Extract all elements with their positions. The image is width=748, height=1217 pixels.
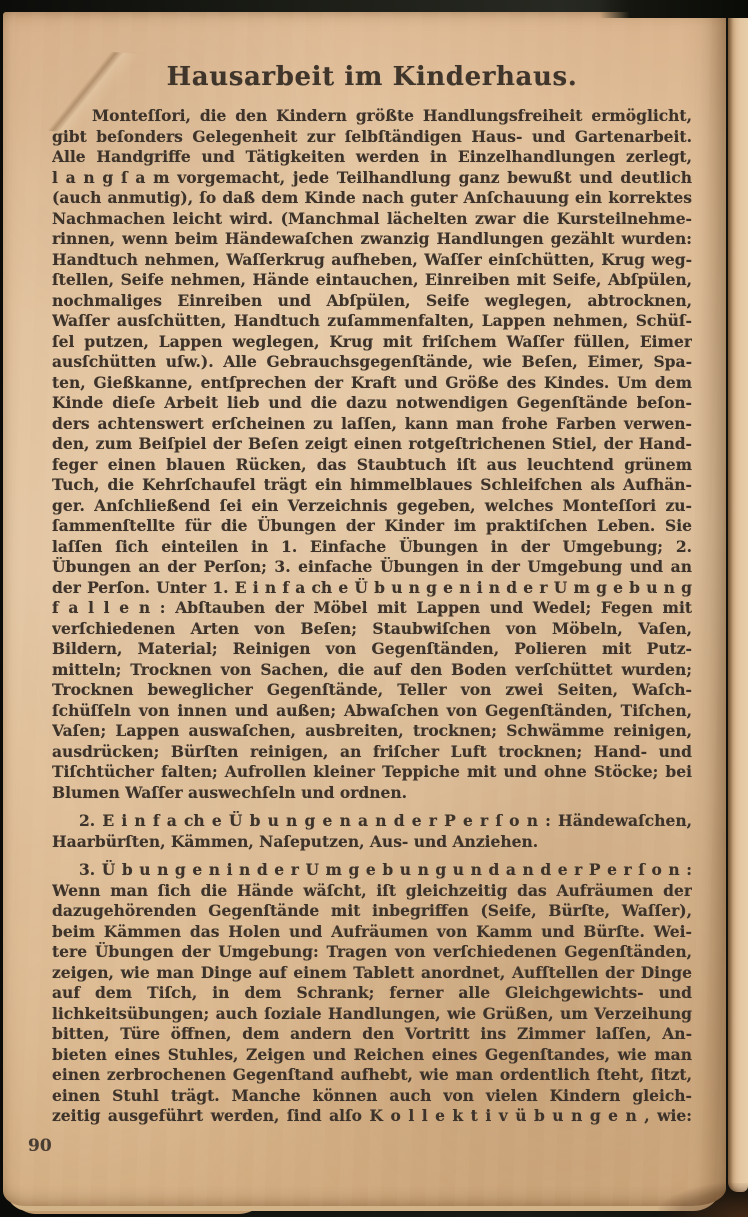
book-cover-bottom-corner <box>658 1183 748 1217</box>
text-line: bitten, Türe öffnen, dem andern den Vort… <box>52 1024 692 1045</box>
text-line: Handtuch nehmen, Waſſerkrug aufheben, Wa… <box>52 250 692 271</box>
text-line: ders achtenswert erſcheinen zu laſſen, k… <box>52 414 692 435</box>
text-line: Haarbürſten, Kämmen, Naſeputzen, Aus- un… <box>52 832 692 853</box>
book-page: Hausarbeit im Kinderhaus. Monteſſori, di… <box>3 12 726 1206</box>
text-line: 2. E i n f a ch e Ü b u n g e n a n d e … <box>52 811 692 832</box>
text-line: Waſſer ausſchütten, Handtuch zuſammenfal… <box>52 311 692 332</box>
text-line: bieten eines Stuhles, Zeigen und Reichen… <box>52 1045 692 1066</box>
text-line: ſchüſſeln von innen und außen; Abwaſchen… <box>52 701 692 722</box>
text-line: einen zerbrochenen Gegenſtand aufhebt, w… <box>52 1065 692 1086</box>
text-line: Vaſen; Lappen auswaſchen, ausbreiten, tr… <box>52 721 692 742</box>
text-line: nochmaliges Einreiben und Abſpülen, Seif… <box>52 291 692 312</box>
text-line: tere Übungen der Umgebung: Tragen von ve… <box>52 942 692 963</box>
paragraph: 2. E i n f a ch e Ü b u n g e n a n d e … <box>52 811 692 852</box>
text-line: rinnen, wenn beim Händewaſchen zwanzig H… <box>52 229 692 250</box>
text-line: f a l l e n : Abſtauben der Möbel mit La… <box>52 598 692 619</box>
text-line: Übungen an der Perſon; 3. einfache Übung… <box>52 557 692 578</box>
text-line: ſammenſtellte für die Übungen der Kinder… <box>52 516 692 537</box>
text-line: ſel putzen, Lappen weglegen, Krug mit fr… <box>52 332 692 353</box>
page-number: 90 <box>28 1136 52 1156</box>
text-line: mitteln; Trocknen von Sachen, die auf de… <box>52 660 692 681</box>
text-line: ausſchütten uſw.). Alle Gebrauchsgegenſt… <box>52 352 692 373</box>
text-line: ger. Anſchließend ſei ein Verzeichnis ge… <box>52 496 692 517</box>
paragraph: Monteſſori, die den Kindern größte Handl… <box>52 106 692 803</box>
text-line: 3. Ü b u n g e n i n d e r U m g e b u n… <box>52 860 692 881</box>
text-line: ſtellen, Seife nehmen, Hände eintauchen,… <box>52 270 692 291</box>
text-line: ten, Gießkanne, entſprechen der Kraft un… <box>52 373 692 394</box>
text-line: Alle Handgriffe und Tätigkeiten werden i… <box>52 147 692 168</box>
text-line: Nachmachen leicht wird. (Manchmal lächel… <box>52 209 692 230</box>
text-line: Wenn man ſich die Hände wäſcht, iſt glei… <box>52 881 692 902</box>
text-block: Monteſſori, die den Kindern größte Handl… <box>52 106 692 1127</box>
book-spine-top-shadow <box>600 0 748 18</box>
text-line: den, zum Beiſpiel der Beſen zeigt einen … <box>52 434 692 455</box>
text-line: l a n g ſ a m vorgemacht, jede Teilhandl… <box>52 168 692 189</box>
text-line: Blumen Waſſer auswechſeln und ordnen. <box>52 783 692 804</box>
text-line: gibt beſonders Gelegenheit zur ſelbſtänd… <box>52 127 692 148</box>
page-title: Hausarbeit im Kinderhaus. <box>52 62 692 92</box>
text-line: Tiſchtücher falten; Aufrollen kleiner Te… <box>52 762 692 783</box>
text-line: zeigen, wie man Dinge auf einem Tablett … <box>52 963 692 984</box>
text-line: Tuch, die Kehrſchaufel trägt ein himmelb… <box>52 475 692 496</box>
paragraph: 3. Ü b u n g e n i n d e r U m g e b u n… <box>52 860 692 1127</box>
text-line: ausdrücken; Bürſten reinigen, an friſche… <box>52 742 692 763</box>
text-line: auf dem Tiſch, in dem Schrank; ferner al… <box>52 983 692 1004</box>
text-line: laſſen ſich einteilen in 1. Einfache Übu… <box>52 537 692 558</box>
text-line: lichkeitsübungen; auch ſoziale Handlunge… <box>52 1004 692 1025</box>
text-line: zeitig ausgeführt werden, ſind alſo K o … <box>52 1106 692 1127</box>
text-line: (auch anmutig), ſo daß dem Kinde nach gu… <box>52 188 692 209</box>
text-line: Kinde dieſe Arbeit lieb und die dazu not… <box>52 393 692 414</box>
text-line: beim Kämmen das Holen und Aufräumen von … <box>52 922 692 943</box>
text-line: Trocknen beweglicher Gegenſtände, Teller… <box>52 680 692 701</box>
text-line: feger einen blauen Rücken, das Staubtuch… <box>52 455 692 476</box>
text-line: einen Stuhl trägt. Manche können auch vo… <box>52 1086 692 1107</box>
text-line: verſchiedenen Arten von Beſen; Staubwiſc… <box>52 619 692 640</box>
adjacent-page-edge <box>728 14 748 1192</box>
text-line: dazugehörenden Gegenſtände mit inbegriff… <box>52 901 692 922</box>
text-line: der Perſon. Unter 1. E i n f a ch e Ü b … <box>52 578 692 599</box>
scanned-book-photo: Hausarbeit im Kinderhaus. Monteſſori, di… <box>0 0 748 1217</box>
text-line: Monteſſori, die den Kindern größte Handl… <box>52 106 692 127</box>
text-line: Bildern, Material; Reinigen von Gegenſtä… <box>52 639 692 660</box>
